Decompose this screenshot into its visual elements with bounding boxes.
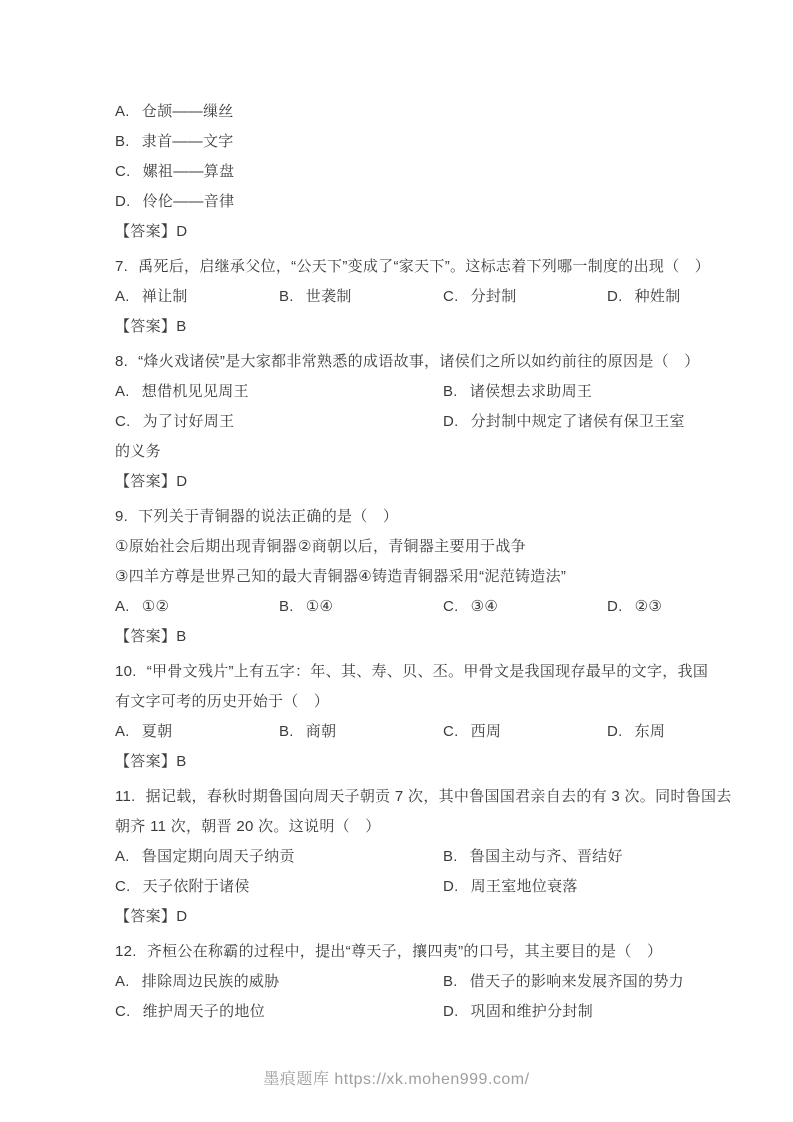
answer-prefix: 【答案】 bbox=[115, 628, 176, 645]
question-stem: 8.“烽火戏诸侯”是大家都非常熟悉的成语故事，诸侯们之所以如约前往的原因是（ ） bbox=[115, 347, 733, 377]
option-text: 隶首——文字 bbox=[142, 133, 234, 150]
question-block-7: 7.禹死后，启继承父位，“公天下”变成了“家天下”。这标志着下列哪一制度的出现（… bbox=[115, 252, 733, 342]
question-number: 9. bbox=[115, 508, 128, 525]
option-label: C. bbox=[443, 598, 459, 615]
option-row-c: C.嫘祖——算盘 bbox=[115, 157, 733, 187]
option-text: 鲁国定期向周天子纳贡 bbox=[142, 848, 295, 865]
option-c: C.西周 bbox=[443, 717, 607, 747]
option-label: B. bbox=[443, 848, 458, 865]
question-stem: 7.禹死后，启继承父位，“公天下”变成了“家天下”。这标志着下列哪一制度的出现（… bbox=[115, 252, 733, 282]
options-row: A.①② B.①④ C.③④ D.②③ bbox=[115, 592, 733, 622]
option-a: A.鲁国定期向周天子纳贡 bbox=[115, 842, 443, 872]
option-d: D.种姓制 bbox=[607, 282, 733, 312]
option-text: 的义务 bbox=[115, 443, 161, 460]
option-text: 为了讨好周王 bbox=[143, 413, 235, 430]
option-label: C. bbox=[443, 288, 459, 305]
option-label: A. bbox=[115, 848, 130, 865]
option-text: 东周 bbox=[635, 723, 666, 740]
answer-letter: D bbox=[176, 223, 187, 240]
option-b: B.鲁国主动与齐、晋结好 bbox=[443, 842, 733, 872]
option-label: B. bbox=[279, 288, 294, 305]
answer-line: 【答案】B bbox=[115, 622, 733, 652]
option-label: A. bbox=[115, 103, 130, 120]
option-text: 诸侯想去求助周王 bbox=[470, 383, 592, 400]
option-a: A.①② bbox=[115, 592, 279, 622]
option-b: B.借天子的影响来发展齐国的势力 bbox=[443, 967, 733, 997]
option-d: D.周王室地位衰落 bbox=[443, 872, 733, 902]
options-row: C.为了讨好周王 D.分封制中规定了诸侯有保卫王室 bbox=[115, 407, 733, 437]
option-label: A. bbox=[115, 383, 130, 400]
option-label: C. bbox=[115, 878, 131, 895]
stem-text: 禹死后，启继承父位，“公天下”变成了“家天下”。这标志着下列哪一制度的出现（ ） bbox=[138, 258, 710, 275]
option-b: B.商朝 bbox=[279, 717, 443, 747]
option-text: 分封制中规定了诸侯有保卫王室 bbox=[471, 413, 685, 430]
answer-line: 【答案】B bbox=[115, 747, 733, 777]
option-text: 巩固和维护分封制 bbox=[471, 1003, 593, 1020]
option-label: A. bbox=[115, 598, 130, 615]
option-label: D. bbox=[443, 413, 459, 430]
option-text: 商朝 bbox=[306, 723, 337, 740]
stem-text: 朝齐 11 次，朝晋 20 次。这说明（ ） bbox=[115, 818, 381, 835]
option-label: C. bbox=[115, 413, 131, 430]
question-block-10: 10.“甲骨文残片”上有五字：年、其、寿、贝、丕。甲骨文是我国现存最早的文字，我… bbox=[115, 657, 733, 777]
stem-text: 齐桓公在称霸的过程中，提出“尊天子，攘四夷”的口号，其主要目的是（ ） bbox=[147, 943, 663, 960]
option-label: A. bbox=[115, 973, 130, 990]
question-stem-line2: 朝齐 11 次，朝晋 20 次。这说明（ ） bbox=[115, 812, 733, 842]
question-number: 7. bbox=[115, 258, 128, 275]
option-label: A. bbox=[115, 723, 130, 740]
footer-watermark-text: 墨痕题库 https://xk.mohen999.com/ bbox=[263, 1071, 529, 1088]
option-text: 夏朝 bbox=[142, 723, 173, 740]
option-d: D.巩固和维护分封制 bbox=[443, 997, 733, 1027]
statement-3-4: ③四羊方尊是世界己知的最大青铜器④铸造青铜器采用“泥范铸造法” bbox=[115, 568, 566, 585]
option-text: 嫘祖——算盘 bbox=[143, 163, 235, 180]
question-stem: 11.据记载，春秋时期鲁国向周天子朝贡 7 次，其中鲁国国君亲自去的有 3 次。… bbox=[115, 782, 733, 812]
option-text: 周王室地位衰落 bbox=[471, 878, 578, 895]
option-label: B. bbox=[279, 598, 294, 615]
option-text: 世袭制 bbox=[306, 288, 352, 305]
option-label: C. bbox=[443, 723, 459, 740]
option-label: C. bbox=[115, 1003, 131, 1020]
answer-letter: D bbox=[176, 908, 187, 925]
answer-letter: B bbox=[176, 628, 186, 645]
option-c: C.为了讨好周王 bbox=[115, 407, 443, 437]
options-row: A.夏朝 B.商朝 C.西周 D.东周 bbox=[115, 717, 733, 747]
answer-letter: B bbox=[176, 753, 186, 770]
option-text: 鲁国主动与齐、晋结好 bbox=[470, 848, 623, 865]
option-row-a: A.仓颉——缫丝 bbox=[115, 97, 733, 127]
option-text: 想借机见见周王 bbox=[142, 383, 249, 400]
option-label: D. bbox=[607, 288, 623, 305]
answer-line: 【答案】D bbox=[115, 902, 733, 932]
option-text: 排除周边民族的威胁 bbox=[142, 973, 280, 990]
option-a: A.想借机见见周王 bbox=[115, 377, 443, 407]
option-label: B. bbox=[443, 383, 458, 400]
question-block-8: 8.“烽火戏诸侯”是大家都非常熟悉的成语故事，诸侯们之所以如约前往的原因是（ ）… bbox=[115, 347, 733, 497]
option-b: B.世袭制 bbox=[279, 282, 443, 312]
option-b: B.①④ bbox=[279, 592, 443, 622]
option-label: B. bbox=[443, 973, 458, 990]
options-row: A.禅让制 B.世袭制 C.分封制 D.种姓制 bbox=[115, 282, 733, 312]
option-text: ②③ bbox=[635, 598, 663, 615]
stem-text: 据记载，春秋时期鲁国向周天子朝贡 7 次，其中鲁国国君亲自去的有 3 次。同时鲁… bbox=[146, 788, 732, 805]
option-text: 伶伦——音律 bbox=[143, 193, 235, 210]
option-text: ①④ bbox=[306, 598, 334, 615]
option-c: C.天子依附于诸侯 bbox=[115, 872, 443, 902]
option-text: 维护周天子的地位 bbox=[143, 1003, 265, 1020]
option-label: D. bbox=[607, 723, 623, 740]
statement-2: ②商朝以后，青铜器主要用于战争 bbox=[298, 532, 733, 562]
option-d: D.分封制中规定了诸侯有保卫王室 bbox=[443, 407, 733, 437]
answer-letter: B bbox=[176, 318, 186, 335]
option-b: B.诸侯想去求助周王 bbox=[443, 377, 733, 407]
option-label: B. bbox=[115, 133, 130, 150]
question-stem: 12.齐桓公在称霸的过程中，提出“尊天子，攘四夷”的口号，其主要目的是（ ） bbox=[115, 937, 733, 967]
question-block-9: 9.下列关于青铜器的说法正确的是（ ） ①原始社会后期出现青铜器 ②商朝以后，青… bbox=[115, 502, 733, 652]
option-text: 种姓制 bbox=[635, 288, 681, 305]
option-label: D. bbox=[443, 878, 459, 895]
option-label: A. bbox=[115, 288, 130, 305]
option-row-b: B.隶首——文字 bbox=[115, 127, 733, 157]
option-text: 借天子的影响来发展齐国的势力 bbox=[470, 973, 684, 990]
option-c: C.维护周天子的地位 bbox=[115, 997, 443, 1027]
option-label: B. bbox=[279, 723, 294, 740]
question-block-12: 12.齐桓公在称霸的过程中，提出“尊天子，攘四夷”的口号，其主要目的是（ ） A… bbox=[115, 937, 733, 1027]
exam-page: A.仓颉——缫丝 B.隶首——文字 C.嫘祖——算盘 D.伶伦——音律 【答案】… bbox=[0, 0, 793, 1027]
option-label: D. bbox=[443, 1003, 459, 1020]
option-a: A.夏朝 bbox=[115, 717, 279, 747]
answer-letter: D bbox=[176, 473, 187, 490]
options-row: A.排除周边民族的威胁 B.借天子的影响来发展齐国的势力 bbox=[115, 967, 733, 997]
answer-line: 【答案】B bbox=[115, 312, 733, 342]
option-d-continuation: 的义务 bbox=[115, 437, 733, 467]
stem-text: “甲骨文残片”上有五字：年、其、寿、贝、丕。甲骨文是我国现存最早的文字，我国 bbox=[147, 663, 708, 680]
answer-line: 【答案】D bbox=[115, 467, 733, 497]
option-c: C.分封制 bbox=[443, 282, 607, 312]
option-label: C. bbox=[115, 163, 131, 180]
answer-prefix: 【答案】 bbox=[115, 223, 176, 240]
statement-row-2: ③四羊方尊是世界己知的最大青铜器④铸造青铜器采用“泥范铸造法” bbox=[115, 562, 733, 592]
option-text: 天子依附于诸侯 bbox=[143, 878, 250, 895]
statement-1: ①原始社会后期出现青铜器 bbox=[115, 532, 298, 562]
answer-prefix: 【答案】 bbox=[115, 318, 176, 335]
answer-line: 【答案】D bbox=[115, 217, 733, 247]
answer-prefix: 【答案】 bbox=[115, 908, 176, 925]
option-label: D. bbox=[607, 598, 623, 615]
options-row: C.天子依附于诸侯 D.周王室地位衰落 bbox=[115, 872, 733, 902]
option-a: A.排除周边民族的威胁 bbox=[115, 967, 443, 997]
stem-text: 下列关于青铜器的说法正确的是（ ） bbox=[138, 508, 398, 525]
option-d: D.东周 bbox=[607, 717, 733, 747]
question-block-11: 11.据记载，春秋时期鲁国向周天子朝贡 7 次，其中鲁国国君亲自去的有 3 次。… bbox=[115, 782, 733, 932]
stem-text: 有文字可考的历史开始于（ ） bbox=[115, 693, 329, 710]
options-row: C.维护周天子的地位 D.巩固和维护分封制 bbox=[115, 997, 733, 1027]
statement-row: ①原始社会后期出现青铜器 ②商朝以后，青铜器主要用于战争 bbox=[115, 532, 733, 562]
option-text: ③④ bbox=[471, 598, 499, 615]
stem-text: “烽火戏诸侯”是大家都非常熟悉的成语故事，诸侯们之所以如约前往的原因是（ ） bbox=[138, 353, 699, 370]
question-number: 8. bbox=[115, 353, 128, 370]
question-block-6: A.仓颉——缫丝 B.隶首——文字 C.嫘祖——算盘 D.伶伦——音律 【答案】… bbox=[115, 97, 733, 247]
question-stem: 10.“甲骨文残片”上有五字：年、其、寿、贝、丕。甲骨文是我国现存最早的文字，我… bbox=[115, 657, 733, 687]
option-text: 分封制 bbox=[471, 288, 517, 305]
question-stem-line2: 有文字可考的历史开始于（ ） bbox=[115, 687, 733, 717]
options-row: A.鲁国定期向周天子纳贡 B.鲁国主动与齐、晋结好 bbox=[115, 842, 733, 872]
option-text: 仓颉——缫丝 bbox=[142, 103, 234, 120]
question-number: 12. bbox=[115, 943, 137, 960]
question-number: 10. bbox=[115, 663, 137, 680]
answer-prefix: 【答案】 bbox=[115, 473, 176, 490]
option-d: D.②③ bbox=[607, 592, 733, 622]
option-text: ①② bbox=[142, 598, 170, 615]
option-a: A.禅让制 bbox=[115, 282, 279, 312]
footer: 墨痕题库 https://xk.mohen999.com/ bbox=[0, 1065, 793, 1095]
option-label: D. bbox=[115, 193, 131, 210]
answer-prefix: 【答案】 bbox=[115, 753, 176, 770]
option-text: 禅让制 bbox=[142, 288, 188, 305]
option-row-d: D.伶伦——音律 bbox=[115, 187, 733, 217]
options-row: A.想借机见见周王 B.诸侯想去求助周王 bbox=[115, 377, 733, 407]
option-text: 西周 bbox=[471, 723, 502, 740]
question-stem: 9.下列关于青铜器的说法正确的是（ ） bbox=[115, 502, 733, 532]
option-c: C.③④ bbox=[443, 592, 607, 622]
question-number: 11. bbox=[115, 788, 136, 805]
